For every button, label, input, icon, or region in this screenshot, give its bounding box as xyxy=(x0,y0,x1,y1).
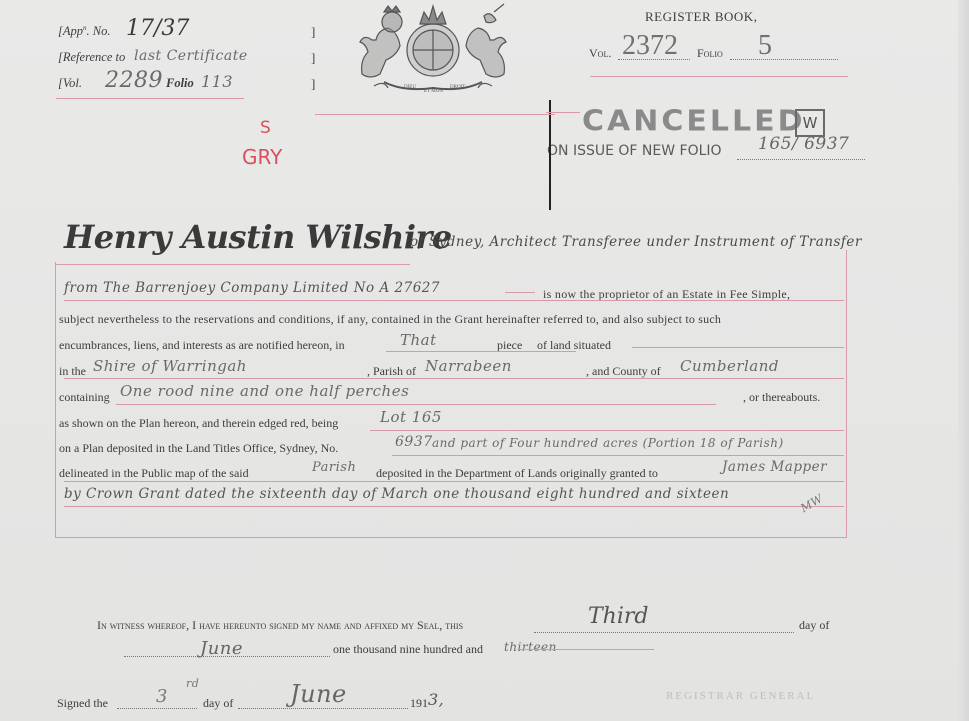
page-edge xyxy=(958,0,969,721)
fold-mark xyxy=(549,100,551,210)
granted-to: James Mapper xyxy=(722,459,827,475)
new-folio-dotline xyxy=(737,159,865,160)
witness-year-underline xyxy=(520,649,654,650)
witness-year-label: one thousand nine hundred and xyxy=(333,642,483,657)
register-vol-label: Vol. xyxy=(589,46,611,61)
witness-year-value: thirteen xyxy=(504,640,557,654)
deposited-underline xyxy=(392,455,844,456)
header-left-underline xyxy=(56,98,244,99)
plan-label: as shown on the Plan hereon, and therein… xyxy=(59,416,338,431)
register-vol-dotline xyxy=(618,59,690,60)
svg-text:DIEU: DIEU xyxy=(404,85,416,90)
signed-month-dotline xyxy=(238,708,408,709)
witness-month-value: June xyxy=(200,638,243,659)
encumbrances-value: That xyxy=(400,331,437,349)
deposited-no: 6937 xyxy=(395,434,433,450)
top-red-rule xyxy=(315,114,555,115)
witness-day-dotline xyxy=(534,632,794,633)
faded-footer-text: REGISTRAR GENERAL xyxy=(666,690,815,702)
app-no-value: 17/37 xyxy=(126,16,189,41)
red-annotation-gry: GRY xyxy=(242,145,282,169)
plan-value: Lot 165 xyxy=(380,408,442,426)
register-book-title: REGISTER BOOK, xyxy=(645,9,757,25)
signed-label: Signed the xyxy=(57,696,108,711)
svg-text:ET MON: ET MON xyxy=(424,89,443,94)
bracket-close-2: ] xyxy=(311,50,315,66)
granted-label: deposited in the Department of Lands ori… xyxy=(376,466,658,481)
situated-underline xyxy=(632,347,844,348)
register-folio-label: Folio xyxy=(697,46,723,61)
folio-label: Folio xyxy=(166,76,194,91)
witness-line: In witness whereof, I have hereunto sign… xyxy=(97,618,463,633)
proprietor-name: Henry Austin Wilshire xyxy=(64,218,452,256)
thereabouts-label: , or thereabouts. xyxy=(743,390,820,405)
containing-value: One rood nine and one half perches xyxy=(120,382,409,400)
vol-value: 2289 xyxy=(105,68,163,93)
signed-day-of-label: day of xyxy=(203,696,233,711)
box-bottom-rule xyxy=(55,537,847,538)
proprietor-description: of Sydney, Architect Transferee under In… xyxy=(410,234,862,250)
encumbrances-underline xyxy=(386,351,576,352)
body-encumbrances: encumbrances, liens, and interests as ar… xyxy=(59,338,345,353)
box-left-rule xyxy=(55,262,56,538)
name-underline xyxy=(55,264,410,265)
deposited-value: and part of Four hundred acres (Portion … xyxy=(432,436,784,450)
line-rule-1 xyxy=(64,300,844,301)
signed-day-dotline xyxy=(117,708,197,709)
royal-coat-of-arms-icon: DIEU ET MON DROIT xyxy=(344,2,522,98)
line-rule-9 xyxy=(64,506,844,507)
register-folio-value: 5 xyxy=(758,30,772,62)
red-annotation-s: S xyxy=(260,118,271,138)
county-label: , and County of xyxy=(586,364,661,379)
reference-value: last Certificate xyxy=(134,48,248,64)
bracket-close-1: ] xyxy=(311,24,315,40)
witness-day-of-label: day of xyxy=(799,618,829,633)
vol-label: [Vol. xyxy=(58,76,82,91)
register-underline xyxy=(590,76,848,77)
stamp-red-tick xyxy=(546,112,580,113)
bracket-close-3: ] xyxy=(311,76,315,92)
plan-underline xyxy=(370,430,844,431)
register-folio-dotline xyxy=(730,59,838,60)
app-no-label: [Appn. No. xyxy=(58,24,110,39)
line-rule-3 xyxy=(64,378,844,379)
signed-month-value: June xyxy=(290,680,347,708)
witness-day-value: Third xyxy=(588,604,648,629)
county-value: Cumberland xyxy=(680,357,779,375)
containing-label: containing xyxy=(59,390,110,405)
signed-day-value: 3 xyxy=(156,686,168,707)
transfer-from: from The Barrenjoey Company Limited No A… xyxy=(64,280,440,296)
in-the-label: in the xyxy=(59,364,86,379)
parish-label: , Parish of xyxy=(367,364,416,379)
line-rule-8 xyxy=(64,481,844,482)
register-vol-value: 2372 xyxy=(622,30,678,62)
cancelled-stamp-subtext: ON ISSUE OF NEW FOLIO xyxy=(547,143,722,159)
new-folio-value: 165/ 6937 xyxy=(758,134,849,154)
signed-year-prefix: 191 xyxy=(410,696,428,711)
folio-value: 113 xyxy=(201,72,233,91)
parish-value: Narrabeen xyxy=(425,357,512,375)
from-dash xyxy=(505,292,535,293)
crown-grant-line: by Crown Grant dated the sixteenth day o… xyxy=(64,486,729,502)
initials-mark: MW xyxy=(798,492,825,515)
delineated-label: delineated in the Public map of the said xyxy=(59,466,249,481)
body-subject: subject nevertheless to the reservations… xyxy=(59,312,721,327)
reference-label: [Reference to xyxy=(58,50,125,65)
cancelled-stamp-box: W xyxy=(795,109,825,137)
box-right-rule xyxy=(846,250,847,538)
containing-underline xyxy=(116,404,716,405)
deposited-label: on a Plan deposited in the Land Titles O… xyxy=(59,441,338,456)
shire-value: Shire of Warringah xyxy=(93,357,247,375)
delineated-value: Parish xyxy=(312,460,356,475)
signed-day-suffix: rd xyxy=(186,677,199,690)
land-title-certificate: [Appn. No. 17/37 [Reference to last Cert… xyxy=(0,0,969,721)
signed-year-digit: 3, xyxy=(428,690,444,709)
svg-text:DROIT: DROIT xyxy=(450,85,465,90)
